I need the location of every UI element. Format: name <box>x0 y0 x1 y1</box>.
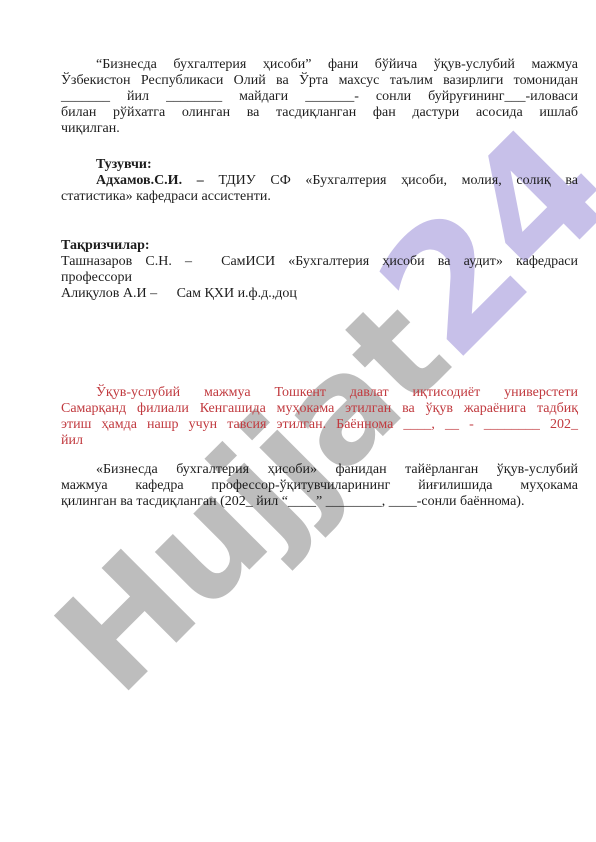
approval-black-line: «Бизнесда бухгалтерия ҳисоби» фанидан та… <box>61 462 578 478</box>
approval-paragraph-red: Ўқув-услубий мажмуа Тошкент давлат иқтис… <box>61 385 578 449</box>
compiler-entry: Адхамов.С.И. – ТДИУ СФ «Бухгалтерия ҳисо… <box>61 173 578 205</box>
intro-line: Ўзбекистон Республикаси Олий ва Ўрта мах… <box>61 73 578 89</box>
approval-red-line: этиш ҳамда нашр учун тавсия этилган. Баё… <box>61 417 578 433</box>
intro-line: “Бизнесда бухгалтерия ҳисоби” фани бўйич… <box>61 57 578 73</box>
intro-line: _______ йил ________ майдаги _______- со… <box>61 89 578 105</box>
intro-line: билан рўйхатга олинган ва тасдиқланган ф… <box>61 105 578 121</box>
page-content: “Бизнесда бухгалтерия ҳисоби” фани бўйич… <box>61 57 578 510</box>
approval-black-line: мажмуа кафедра профессор-ўқитувчиларинин… <box>61 478 578 494</box>
document-page: Hujjat24 “Бизнесда бухгалтерия ҳисоби” ф… <box>0 0 596 842</box>
reviewer-entry: Ташназаров С.Н. – СамИСИ «Бухгалтерия ҳи… <box>61 254 578 302</box>
reviewer-line: Ташназаров С.Н. – СамИСИ «Бухгалтерия ҳи… <box>61 254 578 270</box>
approval-red-line: Самарқанд филиали Кенгашида муҳокама эти… <box>61 401 578 417</box>
intro-line: чиқилган. <box>61 121 578 137</box>
reviewers-heading: Тақризчилар: <box>61 238 578 254</box>
intro-paragraph: “Бизнесда бухгалтерия ҳисоби” фани бўйич… <box>61 57 578 137</box>
reviewer-affiliation: СамИСИ «Бухгалтерия ҳисоби ва аудит» каф… <box>221 254 578 269</box>
approval-black-line: қилинган ва тасдиқланган (202_ йил “____… <box>61 494 578 510</box>
reviewer-name: Ташназаров С.Н. – <box>61 254 192 269</box>
reviewer-line: Алиқулов А.И – Сам ҚХИ и.ф.д.,доц <box>61 286 578 302</box>
reviewer-affiliation: Сам ҚХИ и.ф.д.,доц <box>177 286 297 301</box>
compiler-line: статистика» кафедраси ассистенти. <box>61 189 578 205</box>
approval-red-line: йил <box>61 433 578 449</box>
compiler-name: Адхамов.С.И. – <box>96 173 204 188</box>
approval-paragraph-black: «Бизнесда бухгалтерия ҳисоби» фанидан та… <box>61 462 578 510</box>
approval-red-line: Ўқув-услубий мажмуа Тошкент давлат иқтис… <box>61 385 578 401</box>
reviewer-name: Алиқулов А.И – <box>61 286 157 301</box>
reviewer-line: профессори <box>61 270 578 286</box>
compiler-heading: Тузувчи: <box>61 157 578 173</box>
compiler-affiliation: ТДИУ СФ «Бухгалтерия ҳисоби, молия, соли… <box>218 173 578 188</box>
compiler-line: Адхамов.С.И. – ТДИУ СФ «Бухгалтерия ҳисо… <box>61 173 578 189</box>
